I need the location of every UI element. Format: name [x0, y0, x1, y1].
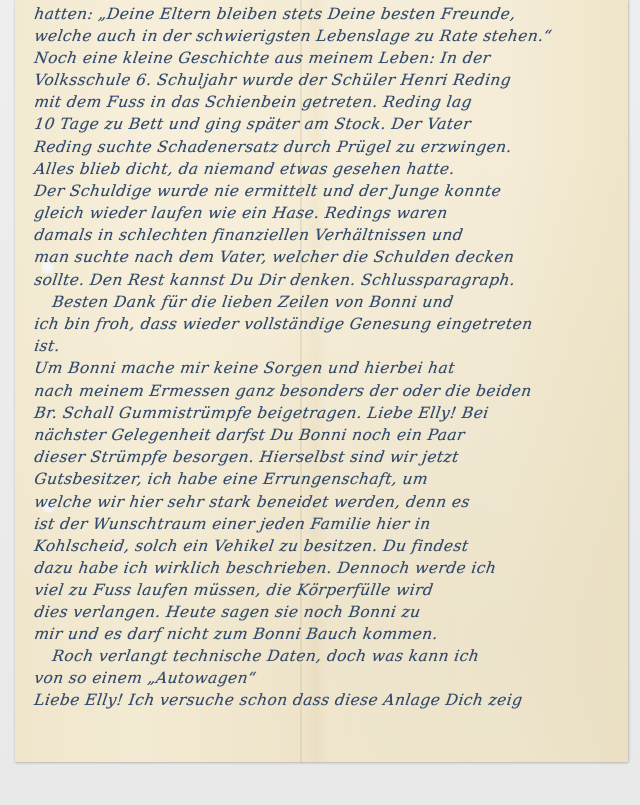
handwritten-line: dazu habe ich wirklich beschrieben. Denn…	[33, 558, 498, 578]
handwritten-line: man suchte nach dem Vater, welcher die S…	[33, 247, 516, 267]
handwritten-line: Der Schuldige wurde nie ermittelt und de…	[33, 181, 503, 201]
handwritten-line: von so einem „Autowagen“	[33, 668, 258, 688]
letter-page: hatten: „Deine Eltern bleiben stets Dein…	[15, 0, 628, 762]
handwritten-line: welche wir hier sehr stark beneidet werd…	[33, 492, 471, 512]
handwritten-line: Reding suchte Schadenersatz durch Prügel…	[33, 137, 513, 157]
handwritten-line: mir und es darf nicht zum Bonni Bauch ko…	[33, 624, 439, 644]
handwritten-line: Alles blieb dicht, da niemand etwas gese…	[33, 159, 456, 179]
handwritten-line: Noch eine kleine Geschichte aus meinem L…	[33, 48, 492, 68]
handwritten-line: ist.	[33, 336, 61, 356]
handwritten-line: damals in schlechten finanziellen Verhäl…	[33, 225, 465, 245]
handwritten-line: Kohlscheid, solch ein Vehikel zu besitze…	[33, 536, 470, 556]
handwritten-line: Volksschule 6. Schuljahr wurde der Schül…	[33, 70, 513, 90]
handwritten-line: dieser Strümpfe besorgen. Hierselbst sin…	[33, 447, 460, 467]
handwritten-line: Gutsbesitzer, ich habe eine Errungenscha…	[33, 469, 429, 489]
handwritten-line: viel zu Fuss laufen müssen, die Körperfü…	[33, 580, 435, 600]
handwritten-line: dies verlangen. Heute sagen sie noch Bon…	[33, 602, 422, 622]
handwritten-line: Roch verlangt technische Daten, doch was…	[51, 646, 481, 666]
handwritten-line: mit dem Fuss in das Schienbein getreten.…	[33, 92, 473, 112]
handwritten-line: Besten Dank für die lieben Zeilen von Bo…	[51, 292, 455, 312]
handwritten-line: 10 Tage zu Bett und ging später am Stock…	[33, 114, 472, 134]
handwritten-line: ist der Wunschtraum einer jeden Familie …	[33, 514, 432, 534]
handwritten-line: nächster Gelegenheit darfst Du Bonni noc…	[33, 425, 466, 445]
handwritten-line: Br. Schall Gummistrümpfe beigetragen. Li…	[33, 403, 490, 423]
handwritten-line: Liebe Elly! Ich versuche schon dass dies…	[33, 690, 524, 710]
handwritten-line: welche auch in der schwierigsten Lebensl…	[33, 26, 553, 46]
handwritten-line: sollte. Den Rest kannst Du Dir denken. S…	[33, 270, 517, 290]
handwritten-line: Um Bonni mache mir keine Sorgen und hier…	[33, 358, 456, 378]
handwritten-line: nach meinem Ermessen ganz besonders der …	[33, 381, 533, 401]
handwritten-line: hatten: „Deine Eltern bleiben stets Dein…	[33, 4, 517, 24]
handwritten-line: gleich wieder laufen wie ein Hase. Redin…	[33, 203, 449, 223]
handwritten-line: ich bin froh, dass wieder vollständige G…	[33, 314, 534, 334]
